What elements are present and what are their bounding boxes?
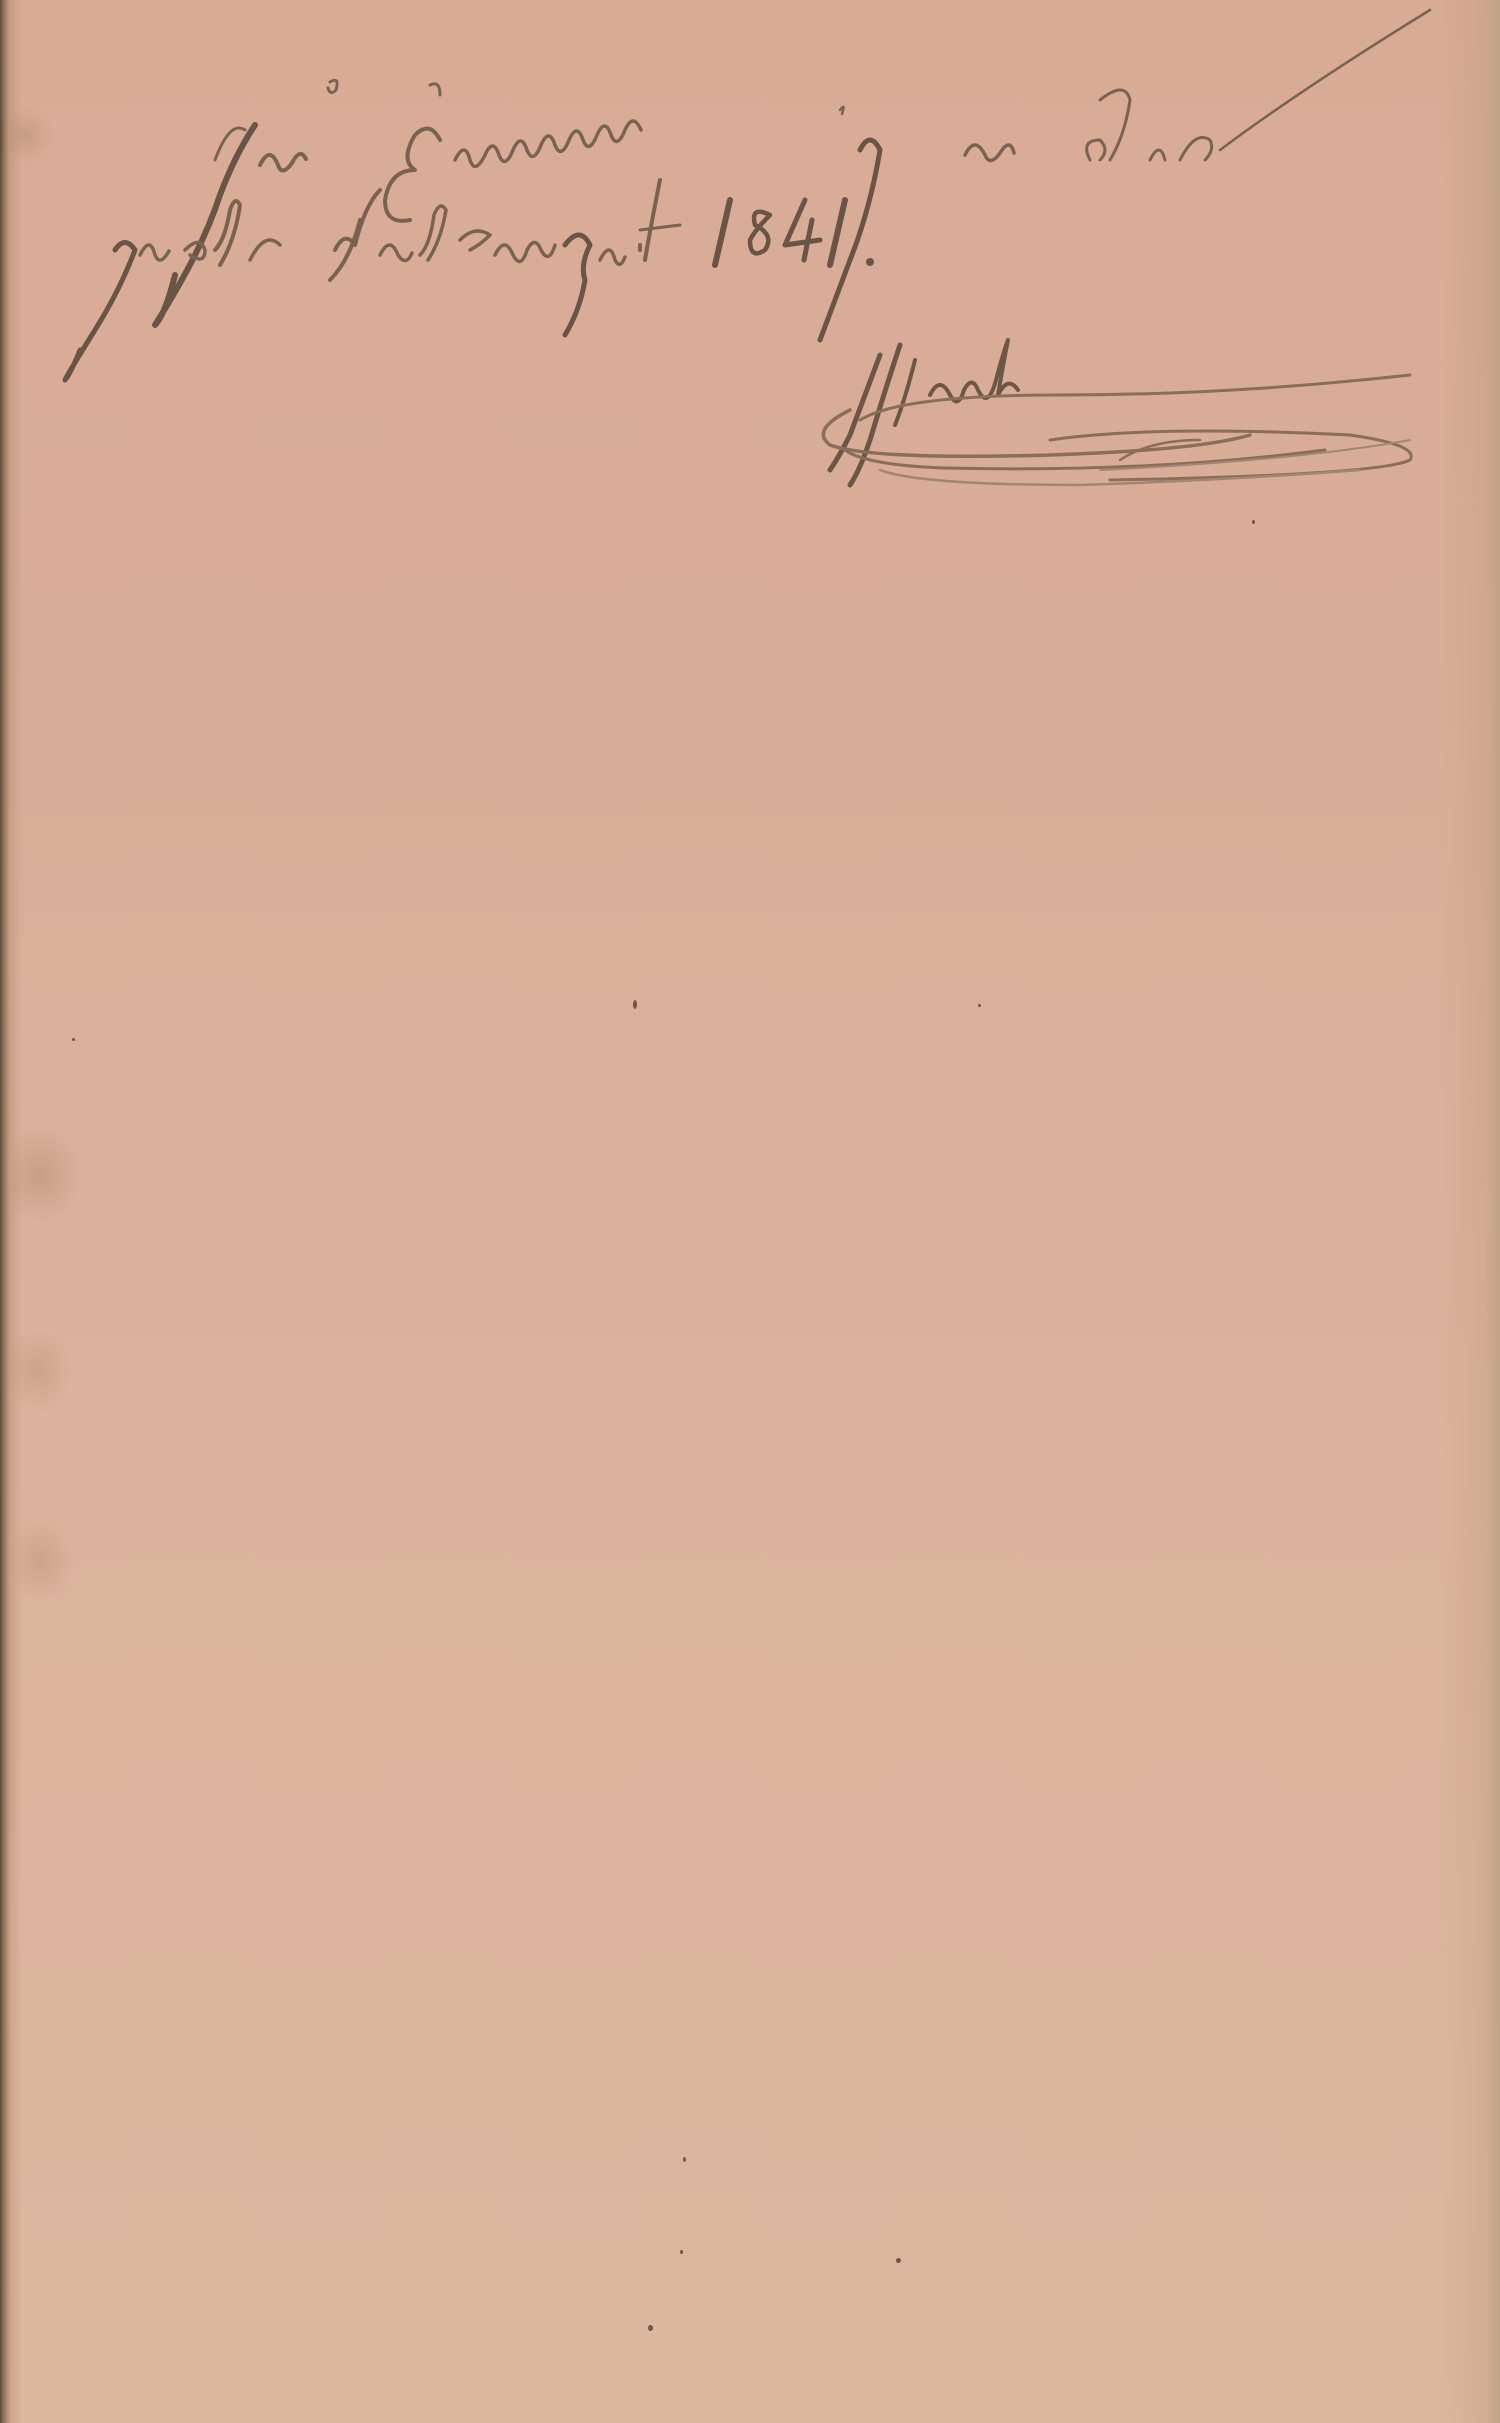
paper-speck — [1252, 520, 1255, 524]
paper-speck — [648, 2325, 653, 2331]
paper-speck — [896, 2258, 901, 2263]
document-page: Zur Erinnerung an die grosse Teuerungsze… — [0, 0, 1500, 2423]
paper-speck — [683, 2157, 686, 2162]
paper-speck — [978, 1004, 981, 1007]
paper-speck — [680, 2250, 683, 2254]
handwritten-inscription — [0, 0, 1500, 520]
handwriting-ink-icon — [0, 0, 1500, 520]
paper-speck — [633, 1000, 637, 1009]
paper-speck — [72, 1038, 75, 1041]
